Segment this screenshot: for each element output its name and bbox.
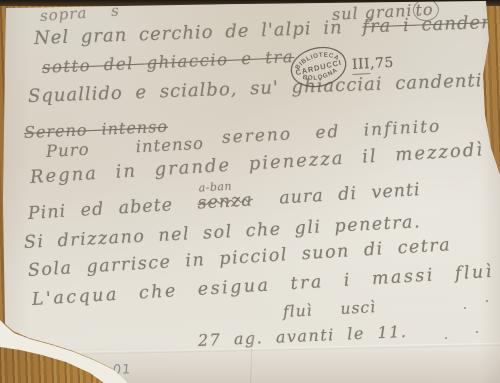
shelfmark-suffix: ,75	[370, 55, 395, 72]
vertical-crease	[250, 332, 254, 383]
verse-5-interline-correction: a-ban	[198, 180, 232, 195]
stamp-graphic: BIBLIOTECA CARDUCCI BOLOGNA	[284, 39, 352, 95]
verse-5-pre: Pini ed abete	[27, 195, 173, 224]
ink-speck	[445, 337, 447, 339]
ink-speck	[464, 307, 466, 309]
variant-words: fluì uscì	[283, 298, 377, 321]
verse-line-2: Squallido e scialbo, su' ghiacciai cande…	[28, 70, 490, 107]
verse-1-struck-words: fra i candenti	[362, 11, 500, 37]
verse-5-post: aura di venti	[279, 180, 422, 209]
struck-line: sotto del ghiaccio e tra	[42, 47, 295, 77]
shelfmark-roman: III	[352, 56, 371, 75]
ink-speck	[476, 331, 478, 333]
ink-speck	[486, 300, 488, 302]
shelfmark-note: III,75	[352, 55, 395, 73]
manuscript-sheet: sopra s sul granito Nel gran cerchio de …	[0, 0, 500, 383]
